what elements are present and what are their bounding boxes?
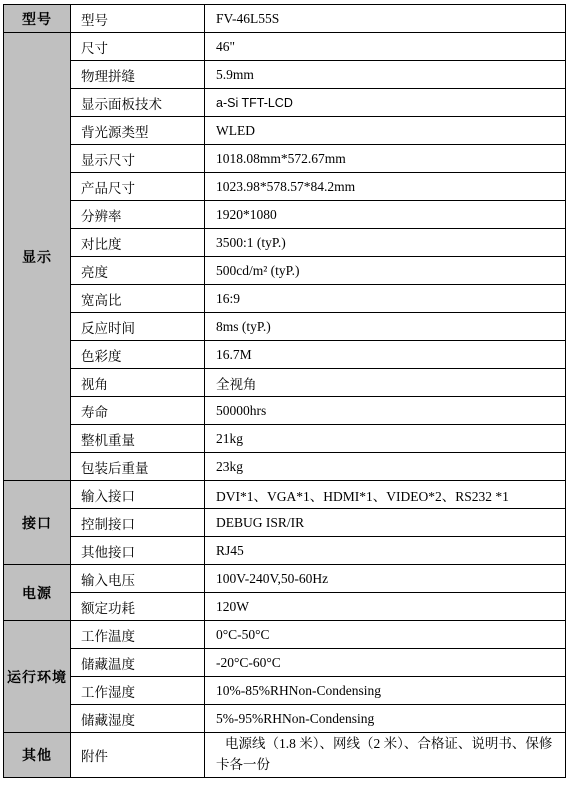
- spec-label-cell: 宽高比: [71, 285, 205, 313]
- spec-value-cell: 8ms (tyP.): [205, 313, 566, 341]
- spec-value-cell: DVI*1、VGA*1、HDMI*1、VIDEO*2、RS232 *1: [205, 481, 566, 509]
- spec-label-cell: 型号: [71, 5, 205, 33]
- spec-value-cell: RJ45: [205, 537, 566, 565]
- spec-label-cell: 色彩度: [71, 341, 205, 369]
- spec-value-cell: 全视角: [205, 369, 566, 397]
- spec-row: 背光源类型WLED: [4, 117, 566, 145]
- spec-value-cell: WLED: [205, 117, 566, 145]
- spec-value-cell: 500cd/m² (tyP.): [205, 257, 566, 285]
- spec-row: 显示面板技术a-Si TFT-LCD: [4, 89, 566, 117]
- spec-label-cell: 显示尺寸: [71, 145, 205, 173]
- spec-label-cell: 物理拼缝: [71, 61, 205, 89]
- spec-value-cell: 电源线（1.8 米）、网线（2 米）、合格证、说明书、保修卡各一份: [205, 733, 566, 778]
- spec-row: 电源输入电压100V-240V,50-60Hz: [4, 565, 566, 593]
- spec-row: 产品尺寸1023.98*578.57*84.2mm: [4, 173, 566, 201]
- spec-row: 显示尺寸1018.08mm*572.67mm: [4, 145, 566, 173]
- spec-row: 工作湿度10%-85%RHNon-Condensing: [4, 677, 566, 705]
- spec-value-cell: 16.7M: [205, 341, 566, 369]
- spec-row: 亮度500cd/m² (tyP.): [4, 257, 566, 285]
- spec-value-cell: 5%-95%RHNon-Condensing: [205, 705, 566, 733]
- spec-value-cell: 1920*1080: [205, 201, 566, 229]
- spec-label-cell: 分辨率: [71, 201, 205, 229]
- spec-row: 控制接口DEBUG ISR/IR: [4, 509, 566, 537]
- spec-value-cell: 5.9mm: [205, 61, 566, 89]
- spec-value-cell: 120W: [205, 593, 566, 621]
- spec-label-cell: 储藏湿度: [71, 705, 205, 733]
- spec-row: 色彩度16.7M: [4, 341, 566, 369]
- spec-table: 型号型号FV-46L55S显示尺寸46"物理拼缝5.9mm显示面板技术a-Si …: [3, 4, 566, 778]
- spec-row: 型号型号FV-46L55S: [4, 5, 566, 33]
- category-cell: 接口: [4, 481, 71, 565]
- category-cell: 运行环境: [4, 621, 71, 733]
- spec-value-cell: 10%-85%RHNon-Condensing: [205, 677, 566, 705]
- spec-label-cell: 寿命: [71, 397, 205, 425]
- spec-row: 显示尺寸46": [4, 33, 566, 61]
- spec-row: 寿命50000hrs: [4, 397, 566, 425]
- spec-value-cell: 16:9: [205, 285, 566, 313]
- category-cell: 型号: [4, 5, 71, 33]
- spec-value-cell: 100V-240V,50-60Hz: [205, 565, 566, 593]
- spec-value-cell: 46": [205, 33, 566, 61]
- spec-value-cell: 1018.08mm*572.67mm: [205, 145, 566, 173]
- spec-sheet: 型号型号FV-46L55S显示尺寸46"物理拼缝5.9mm显示面板技术a-Si …: [3, 4, 566, 778]
- spec-row: 储藏温度-20°C-60°C: [4, 649, 566, 677]
- spec-label-cell: 产品尺寸: [71, 173, 205, 201]
- spec-row: 包装后重量23kg: [4, 453, 566, 481]
- spec-row: 储藏湿度5%-95%RHNon-Condensing: [4, 705, 566, 733]
- spec-label-cell: 控制接口: [71, 509, 205, 537]
- spec-label-cell: 视角: [71, 369, 205, 397]
- spec-row: 分辨率1920*1080: [4, 201, 566, 229]
- spec-label-cell: 工作湿度: [71, 677, 205, 705]
- spec-label-cell: 输入电压: [71, 565, 205, 593]
- spec-row: 视角全视角: [4, 369, 566, 397]
- spec-label-cell: 工作温度: [71, 621, 205, 649]
- spec-label-cell: 反应时间: [71, 313, 205, 341]
- spec-label-cell: 对比度: [71, 229, 205, 257]
- spec-row: 宽高比16:9: [4, 285, 566, 313]
- spec-label-cell: 整机重量: [71, 425, 205, 453]
- spec-label-cell: 亮度: [71, 257, 205, 285]
- spec-label-cell: 其他接口: [71, 537, 205, 565]
- spec-value-cell: 0°C-50°C: [205, 621, 566, 649]
- spec-row: 额定功耗120W: [4, 593, 566, 621]
- spec-label-cell: 显示面板技术: [71, 89, 205, 117]
- spec-value-cell: FV-46L55S: [205, 5, 566, 33]
- spec-label-cell: 输入接口: [71, 481, 205, 509]
- spec-value-cell: 50000hrs: [205, 397, 566, 425]
- spec-value-cell: -20°C-60°C: [205, 649, 566, 677]
- spec-value-cell: 21kg: [205, 425, 566, 453]
- spec-row: 接口输入接口DVI*1、VGA*1、HDMI*1、VIDEO*2、RS232 *…: [4, 481, 566, 509]
- category-cell: 其他: [4, 733, 71, 778]
- spec-row: 其他附件电源线（1.8 米）、网线（2 米）、合格证、说明书、保修卡各一份: [4, 733, 566, 778]
- spec-label-cell: 包装后重量: [71, 453, 205, 481]
- spec-value-cell: 1023.98*578.57*84.2mm: [205, 173, 566, 201]
- spec-label-cell: 尺寸: [71, 33, 205, 61]
- spec-value-cell: 3500:1 (tyP.): [205, 229, 566, 257]
- spec-label-cell: 额定功耗: [71, 593, 205, 621]
- spec-row: 整机重量21kg: [4, 425, 566, 453]
- spec-row: 运行环境工作温度0°C-50°C: [4, 621, 566, 649]
- spec-label-cell: 附件: [71, 733, 205, 778]
- spec-table-body: 型号型号FV-46L55S显示尺寸46"物理拼缝5.9mm显示面板技术a-Si …: [4, 5, 566, 778]
- spec-row: 对比度3500:1 (tyP.): [4, 229, 566, 257]
- spec-value-cell: DEBUG ISR/IR: [205, 509, 566, 537]
- category-cell: 电源: [4, 565, 71, 621]
- spec-value-cell: a-Si TFT-LCD: [205, 89, 566, 117]
- spec-row: 物理拼缝5.9mm: [4, 61, 566, 89]
- spec-value-cell: 23kg: [205, 453, 566, 481]
- spec-row: 其他接口RJ45: [4, 537, 566, 565]
- spec-label-cell: 背光源类型: [71, 117, 205, 145]
- spec-label-cell: 储藏温度: [71, 649, 205, 677]
- spec-row: 反应时间8ms (tyP.): [4, 313, 566, 341]
- category-cell: 显示: [4, 33, 71, 481]
